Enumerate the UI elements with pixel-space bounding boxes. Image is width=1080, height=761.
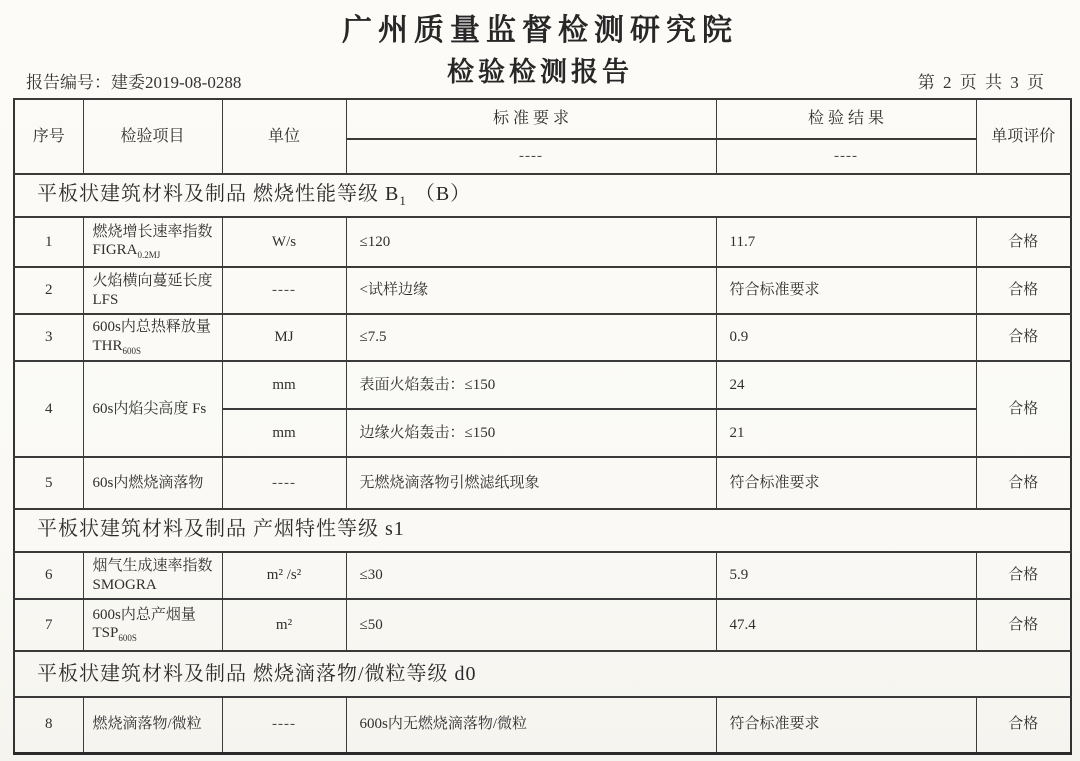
item-subscript: 0.2MJ	[138, 250, 161, 260]
org-title: 广州质量监督检测研究院	[0, 5, 1080, 49]
cell-seq: 7	[14, 599, 83, 651]
section-text: 平板状建筑材料及制品 燃烧滴落物/微粒等级 d0	[37, 663, 477, 685]
cell-seq: 8	[14, 697, 83, 753]
cell-unit: mm	[222, 409, 346, 457]
cell-unit: m² /s²	[222, 552, 346, 599]
table-row: 3 600s内总热释放量 THR600S MJ ≤7.5 0.9 合格	[14, 314, 1071, 361]
cell-item: 烟气生成速率指数 SMOGRA	[83, 552, 222, 599]
cell-result: 47.4	[716, 599, 976, 651]
section-text: 平板状建筑材料及制品 产烟特性等级 s1	[37, 518, 405, 540]
col-header-verdict: 单项评价	[976, 99, 1071, 174]
cell-item: 燃烧滴落物/微粒	[83, 697, 222, 753]
cell-item: 600s内总产烟量 TSP600S	[83, 599, 222, 651]
cell-unit: mm	[222, 361, 346, 409]
section-header-droplets-class: 平板状建筑材料及制品 燃烧滴落物/微粒等级 d0	[14, 651, 1071, 697]
col-header-no: 序号	[14, 99, 83, 174]
cell-item: 火焰横向蔓延长度 LFS	[83, 267, 222, 314]
section-text: 平板状建筑材料及制品 燃烧性能等级 B	[37, 183, 399, 205]
cell-seq: 5	[14, 457, 83, 509]
cell-result: 符合标准要求	[716, 267, 976, 314]
cell-verdict: 合格	[976, 552, 1071, 599]
cell-seq: 4	[14, 361, 83, 457]
item-text: 600s内总产烟量 TSP	[93, 607, 196, 642]
cell-unit: MJ	[222, 314, 346, 361]
cell-seq: 1	[14, 217, 83, 267]
table-row: 4 60s内焰尖高度 Fs mm 表面火焰轰击：≤150 24 合格	[14, 361, 1071, 409]
header-row-1: 序号 检验项目 单位 标 准 要 求 检 验 结 果 单项评价	[14, 99, 1071, 139]
result-subheader-dash: ----	[716, 139, 976, 174]
cell-standard: 边缘火焰轰击：≤150	[346, 409, 716, 457]
cell-verdict: 合格	[976, 217, 1071, 267]
cell-unit: ----	[222, 697, 346, 753]
cell-seq: 6	[14, 552, 83, 599]
cell-unit: ----	[222, 267, 346, 314]
col-header-standard: 标 准 要 求	[346, 99, 716, 139]
section-row-1: 平板状建筑材料及制品 燃烧性能等级 B1（B）	[14, 174, 1071, 217]
cell-standard: 无燃烧滴落物引燃滤纸现象	[346, 457, 716, 509]
item-text: 600s内总热释放量 THR	[93, 319, 211, 354]
section-header-burning-class: 平板状建筑材料及制品 燃烧性能等级 B1（B）	[14, 174, 1071, 217]
cell-verdict: 合格	[976, 697, 1071, 753]
cell-unit: ----	[222, 457, 346, 509]
table-row: 6 烟气生成速率指数 SMOGRA m² /s² ≤30 5.9 合格	[14, 552, 1071, 599]
cell-standard: 表面火焰轰击：≤150	[346, 361, 716, 409]
cell-verdict: 合格	[976, 599, 1071, 651]
cell-standard: ≤7.5	[346, 314, 716, 361]
cell-standard: <试样边缘	[346, 267, 716, 314]
cell-verdict: 合格	[976, 457, 1071, 509]
cell-unit: m²	[222, 599, 346, 651]
results-table: 序号 检验项目 单位 标 准 要 求 检 验 结 果 单项评价 ---- ---…	[13, 98, 1072, 755]
col-header-item: 检验项目	[83, 99, 222, 174]
cell-result: 5.9	[716, 552, 976, 599]
table-row: 1 燃烧增长速率指数 FIGRA0.2MJ W/s ≤120 11.7 合格	[14, 217, 1071, 267]
cell-verdict: 合格	[976, 361, 1071, 457]
cell-item: 燃烧增长速率指数 FIGRA0.2MJ	[83, 217, 222, 267]
cell-unit: W/s	[222, 217, 346, 267]
col-header-unit: 单位	[222, 99, 346, 174]
cell-item: 60s内焰尖高度 Fs	[83, 361, 222, 457]
table-row: 5 60s内燃烧滴落物 ---- 无燃烧滴落物引燃滤纸现象 符合标准要求 合格	[14, 457, 1071, 509]
section-row-3: 平板状建筑材料及制品 燃烧滴落物/微粒等级 d0	[14, 651, 1071, 697]
table-row: 8 燃烧滴落物/微粒 ---- 600s内无燃烧滴落物/微粒 符合标准要求 合格	[14, 697, 1071, 753]
cell-seq: 2	[14, 267, 83, 314]
section-header-smoke-class: 平板状建筑材料及制品 产烟特性等级 s1	[14, 509, 1071, 552]
col-header-result: 检 验 结 果	[716, 99, 976, 139]
cell-result: 11.7	[716, 217, 976, 267]
report-page: 广州质量监督检测研究院 检验检测报告 报告编号：建委2019-08-0288 第…	[0, 0, 1080, 761]
cell-standard: ≤50	[346, 599, 716, 651]
section-suffix: （B）	[415, 183, 471, 205]
cell-result: 符合标准要求	[716, 697, 976, 753]
cell-verdict: 合格	[976, 314, 1071, 361]
cell-seq: 3	[14, 314, 83, 361]
cell-result: 21	[716, 409, 976, 457]
cell-item: 60s内燃烧滴落物	[83, 457, 222, 509]
cell-standard: ≤30	[346, 552, 716, 599]
cell-result: 24	[716, 361, 976, 409]
cell-result: 0.9	[716, 314, 976, 361]
page-indicator: 第 2 页 共 3 页	[918, 68, 1046, 93]
cell-item: 600s内总热释放量 THR600S	[83, 314, 222, 361]
table-row: 2 火焰横向蔓延长度 LFS ---- <试样边缘 符合标准要求 合格	[14, 267, 1071, 314]
report-number: 报告编号：建委2019-08-0288	[26, 68, 241, 93]
item-subscript: 600S	[123, 346, 142, 356]
meta-row: 报告编号：建委2019-08-0288 第 2 页 共 3 页	[0, 68, 1080, 93]
section-row-2: 平板状建筑材料及制品 产烟特性等级 s1	[14, 509, 1071, 552]
table-row: 7 600s内总产烟量 TSP600S m² ≤50 47.4 合格	[14, 599, 1071, 651]
standard-subheader-dash: ----	[346, 139, 716, 174]
cell-standard: 600s内无燃烧滴落物/微粒	[346, 697, 716, 753]
item-subscript: 600S	[118, 633, 137, 643]
cell-result: 符合标准要求	[716, 457, 976, 509]
cell-standard: ≤120	[346, 217, 716, 267]
cell-verdict: 合格	[976, 267, 1071, 314]
section-subscript: 1	[399, 193, 407, 208]
